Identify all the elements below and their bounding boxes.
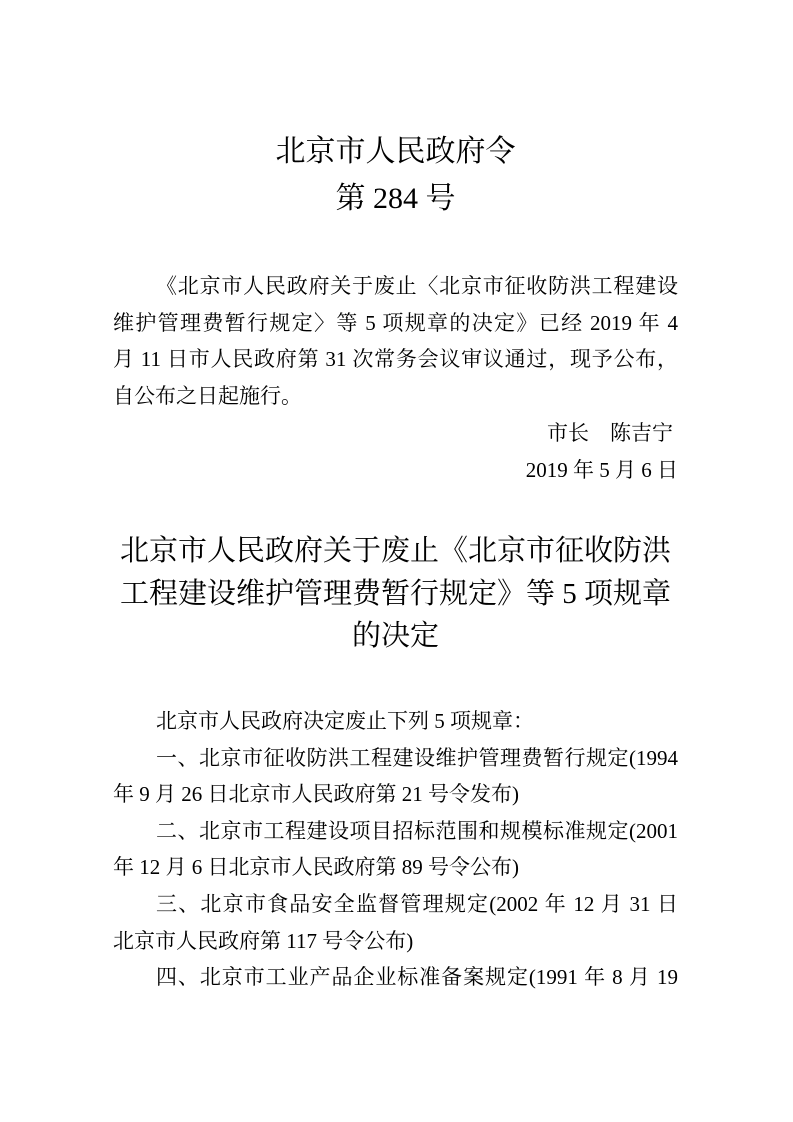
repealed-item-line: 一、北京市征收防洪工程建设维护管理费暂行规定(1994: [113, 740, 678, 777]
preamble-paragraph: 《北京市人民政府关于废止〈北京市征收防洪工程建设 维护管理费暂行规定〉等 5 项…: [113, 268, 678, 414]
preamble-line: 《北京市人民政府关于废止〈北京市征收防洪工程建设: [113, 268, 678, 305]
decision-intro-line: 北京市人民政府决定废止下列 5 项规章：: [113, 703, 678, 740]
preamble-line: 自公布之日起施行。: [113, 378, 678, 415]
order-title-block: 北京市人民政府令 第 284 号: [113, 128, 678, 222]
decision-title-line: 的决定: [113, 615, 678, 658]
repealed-item-line: 年 9 月 26 日北京市人民政府第 21 号令发布): [113, 776, 678, 813]
order-number: 第 284 号: [113, 175, 678, 222]
repealed-item-line: 二、北京市工程建设项目招标范围和规模标准规定(2001: [113, 813, 678, 850]
preamble-line: 维护管理费暂行规定〉等 5 项规章的决定》已经 2019 年 4: [113, 305, 678, 342]
signature-block: 市长 陈吉宁 2019 年 5 月 6 日: [113, 415, 678, 488]
decision-title-line: 北京市人民政府关于废止《北京市征收防洪: [113, 530, 678, 573]
repealed-item-line: 三、北京市食品安全监督管理规定(2002 年 12 月 31 日: [113, 886, 678, 923]
decision-title-block: 北京市人民政府关于废止《北京市征收防洪 工程建设维护管理费暂行规定》等 5 项规…: [113, 530, 678, 658]
order-title: 北京市人民政府令: [113, 128, 678, 175]
repealed-item-line: 年 12 月 6 日北京市人民政府第 89 号令公布): [113, 849, 678, 886]
repealed-item-line: 四、北京市工业产品企业标准备案规定(1991 年 8 月 19: [113, 959, 678, 996]
repealed-item-line: 北京市人民政府第 117 号令公布): [113, 923, 678, 960]
signature-signer: 市长 陈吉宁: [113, 415, 678, 452]
signature-date: 2019 年 5 月 6 日: [113, 452, 678, 489]
decision-title-line: 工程建设维护管理费暂行规定》等 5 项规章: [113, 573, 678, 616]
document-page: 北京市人民政府令 第 284 号 《北京市人民政府关于废止〈北京市征收防洪工程建…: [0, 0, 793, 1122]
decision-body-block: 北京市人民政府决定废止下列 5 项规章： 一、北京市征收防洪工程建设维护管理费暂…: [113, 703, 678, 996]
preamble-line: 月 11 日市人民政府第 31 次常务会议审议通过，现予公布，: [113, 341, 678, 378]
